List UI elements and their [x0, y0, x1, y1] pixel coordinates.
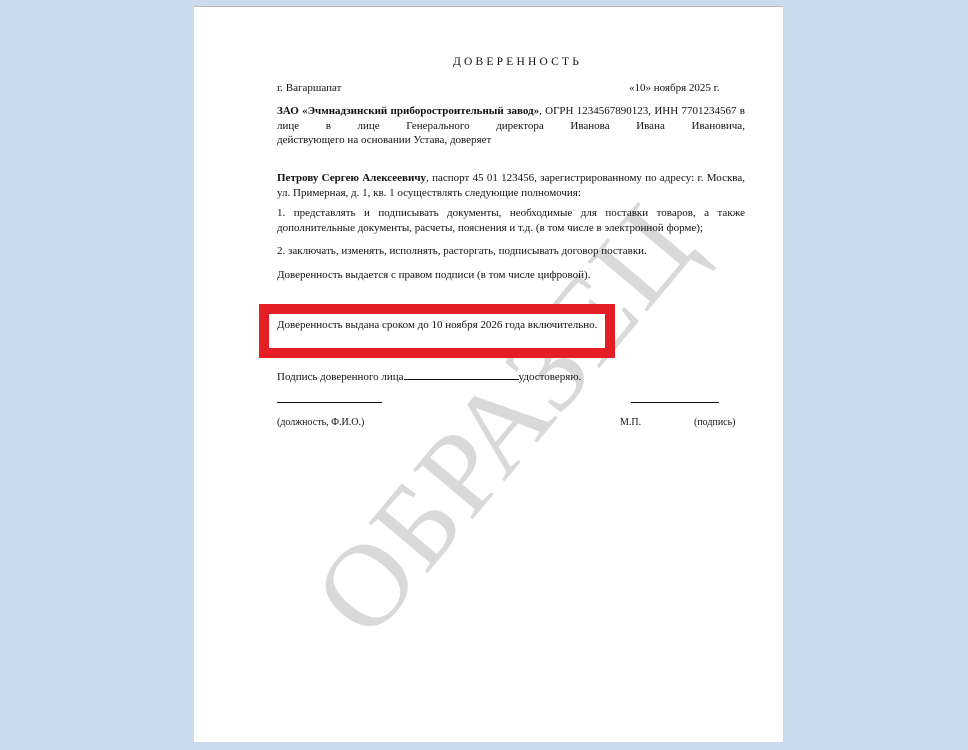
word: в — [326, 119, 331, 134]
principal-line-1: ЗАО «Эчмнадзинский приборостроительный з… — [277, 104, 745, 119]
document-title: ДОВЕРЕННОСТЬ — [453, 55, 582, 69]
word: Ивановича, — [691, 119, 745, 134]
signature-right-text: Доверенность выдается с правом подписи (… — [277, 268, 745, 283]
issue-date: «10» ноября 2025 г. — [629, 81, 720, 95]
power-1-line-1: 1. представлять и подписывать документы,… — [277, 206, 745, 221]
word: Иванова — [570, 119, 609, 134]
word: Генерального — [406, 119, 469, 134]
word: лице — [277, 119, 299, 134]
agent-line-2: ул. Примерная, д. 1, кв. 1 осуществлять … — [277, 186, 745, 201]
principal-line-2: лице в лице Генерального директора Ивано… — [277, 119, 745, 134]
agent-details: , паспорт 45 01 123456, зарегистрированн… — [426, 172, 745, 184]
position-name-blank — [277, 402, 382, 403]
word: лице — [358, 119, 380, 134]
word: Ивана — [636, 119, 665, 134]
agent-signature-line: Подпись доверенного лицаудостоверяю. — [277, 368, 581, 384]
agent-paragraph: Петрову Сергею Алексеевичу, паспорт 45 0… — [277, 171, 745, 200]
validity-text: Доверенность выдана сроком до 10 ноября … — [277, 318, 597, 332]
signature-blank — [631, 402, 719, 403]
city: г. Вагаршапат — [277, 81, 341, 95]
stamp-label: М.П. — [620, 416, 641, 430]
position-name-label: (должность, Ф.И.О.) — [277, 416, 364, 430]
agent-signature-label: Подпись доверенного лица — [277, 371, 404, 383]
power-1-line-2: дополнительные документы, расчеты, поясн… — [277, 221, 745, 236]
principal-details: , ОГРН 1234567890123, ИНН 7701234567 в — [539, 105, 745, 117]
signature-label: (подпись) — [694, 416, 736, 430]
agent-signature-suffix: удостоверяю. — [519, 371, 582, 383]
agent-signature-blank — [404, 368, 519, 380]
agent-line-1: Петрову Сергею Алексеевичу, паспорт 45 0… — [277, 171, 745, 186]
agent-name: Петрову Сергею Алексеевичу — [277, 172, 426, 184]
principal-name: ЗАО «Эчмнадзинский приборостроительный з… — [277, 105, 539, 117]
principal-paragraph: ЗАО «Эчмнадзинский приборостроительный з… — [277, 104, 745, 148]
power-2-line-1: 2. заключать, изменять, исполнять, расто… — [277, 244, 745, 259]
power-2: 2. заключать, изменять, исполнять, расто… — [277, 244, 745, 259]
signature-right-paragraph: Доверенность выдается с правом подписи (… — [277, 268, 745, 283]
power-1: 1. представлять и подписывать документы,… — [277, 206, 745, 235]
principal-line-3: действующего на основании Устава, доверя… — [277, 133, 745, 148]
word: директора — [496, 119, 544, 134]
